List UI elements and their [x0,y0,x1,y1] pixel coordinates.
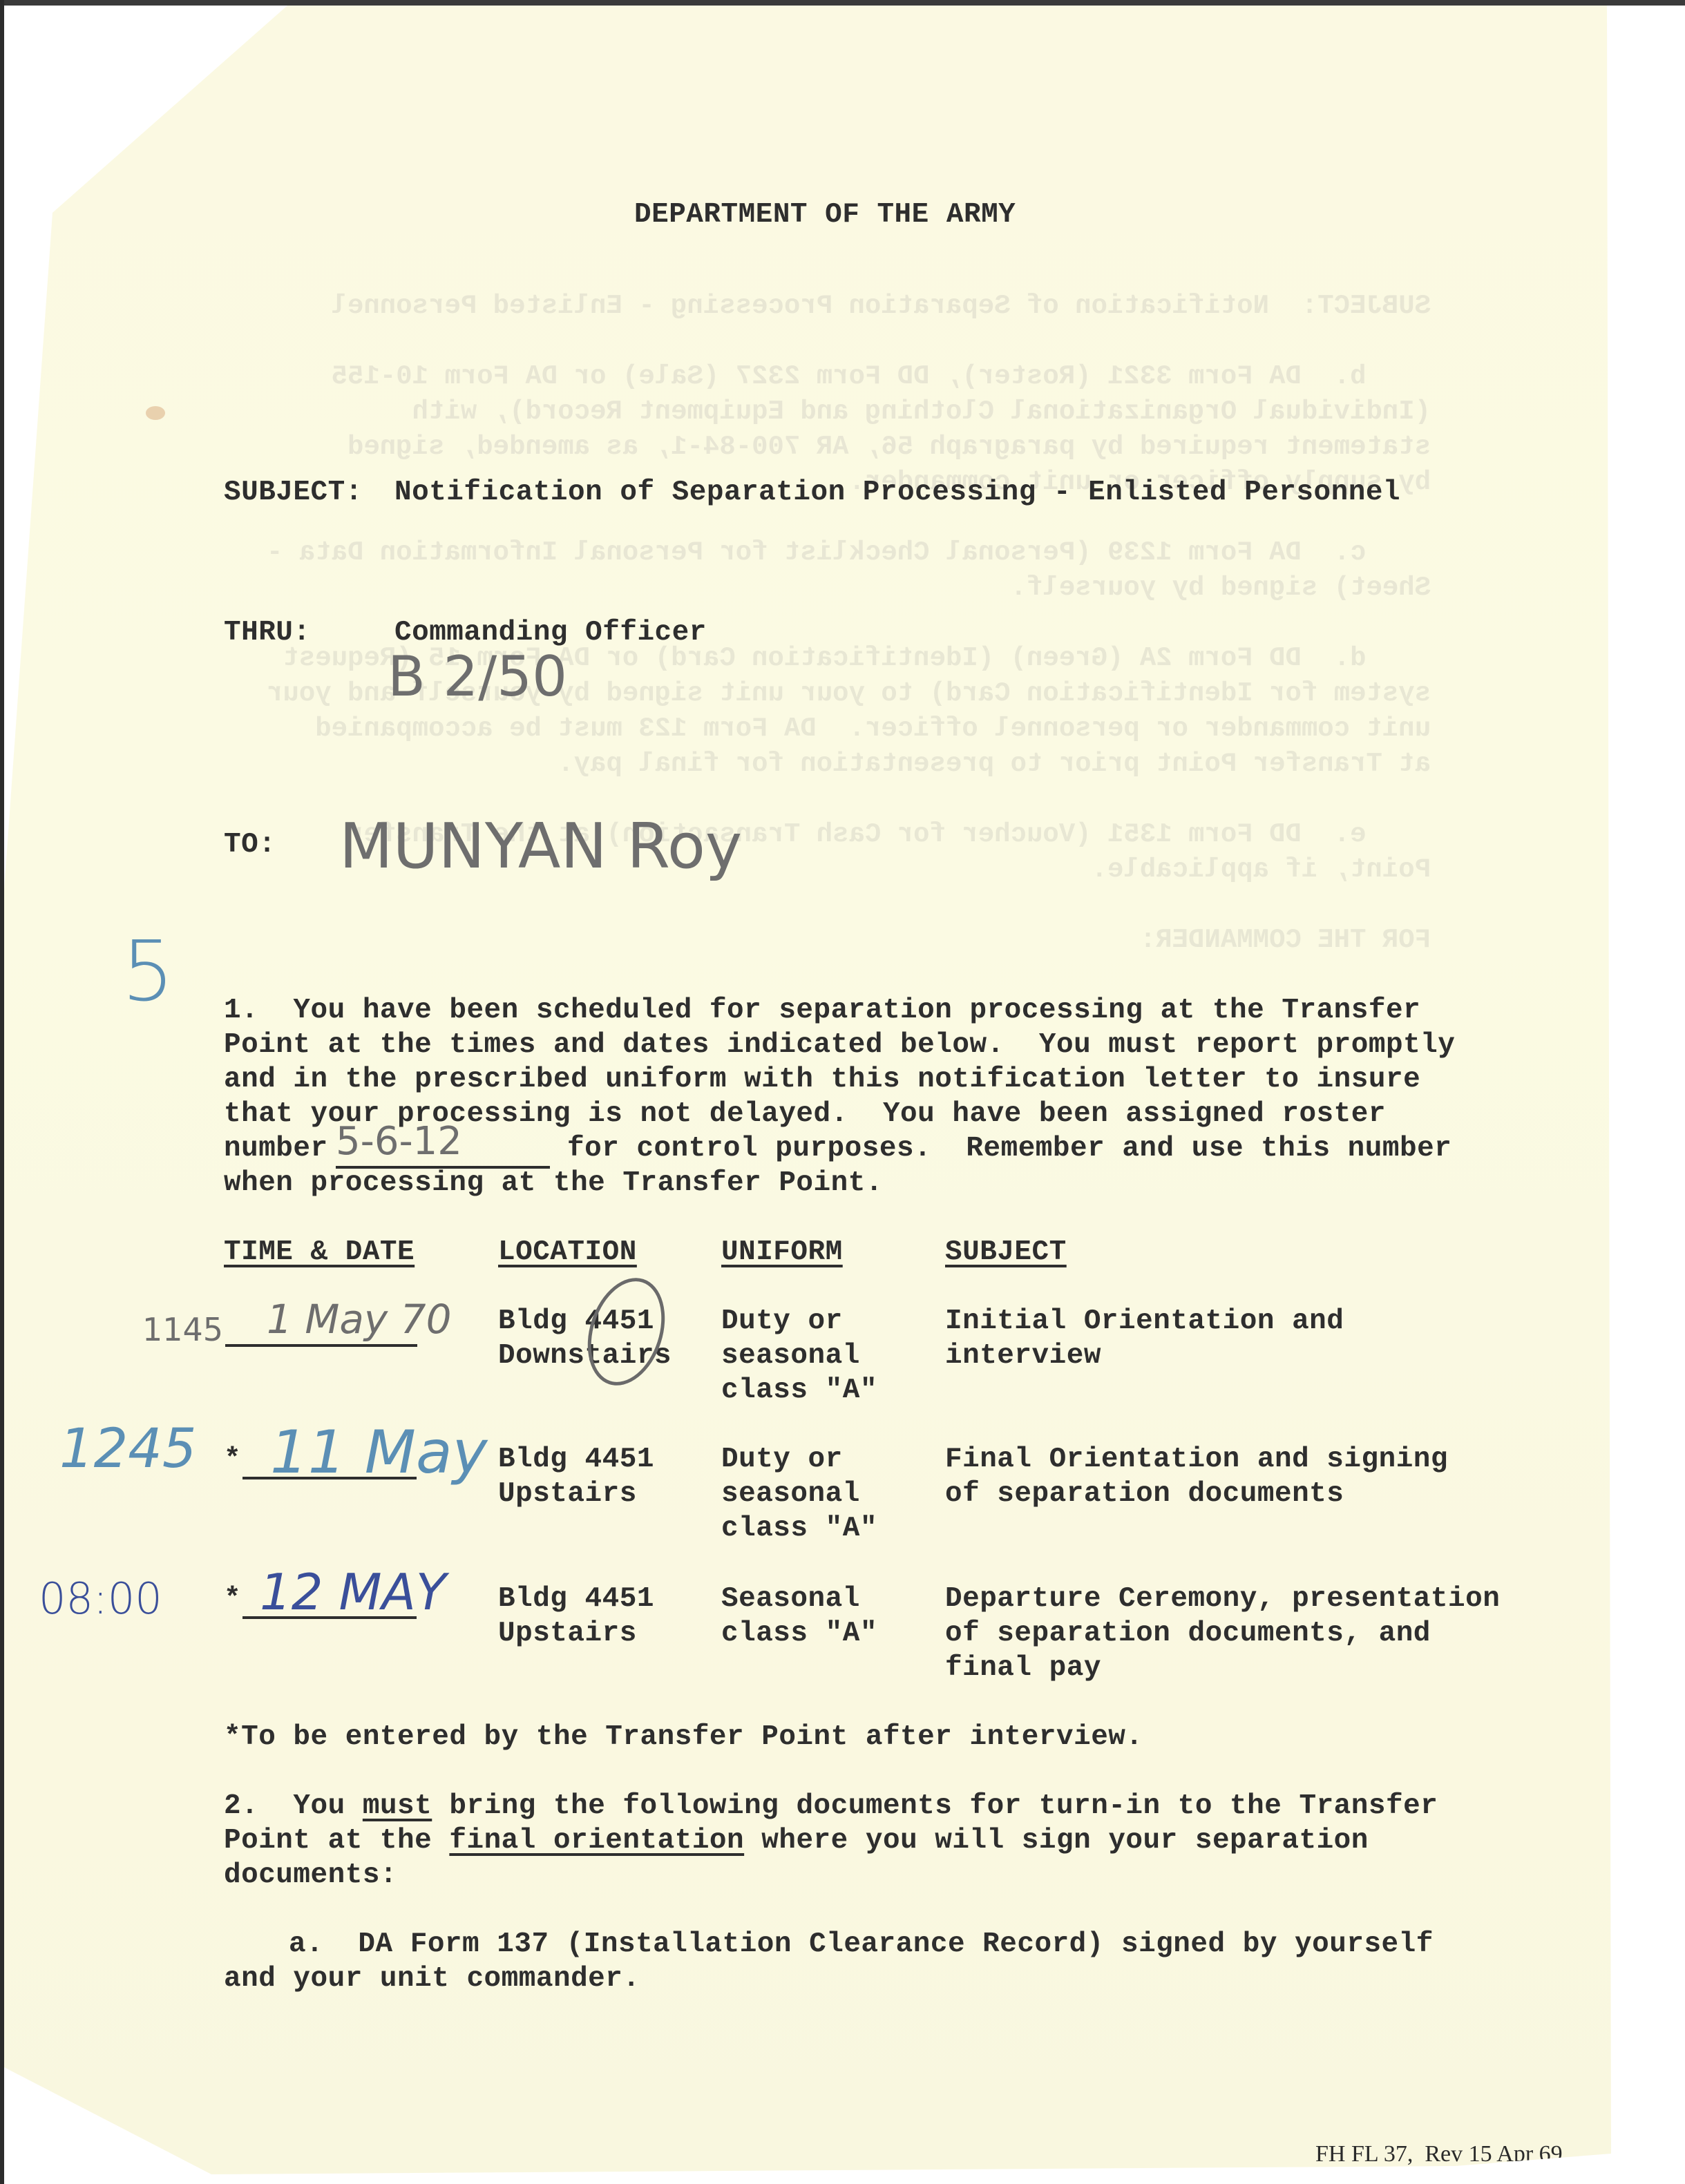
uniform-line1: Duty or [721,1304,843,1339]
handwritten-unit: B 2/50 [388,644,567,709]
schedule-footnote: *To be entered by the Transfer Point aft… [224,1720,1143,1754]
emphasis-must: must [363,1790,432,1822]
subject-line2: interview [945,1339,1101,1373]
uniform-line3: class "A" [721,1373,877,1408]
stain [11,520,19,541]
handwritten-roster-number: 5-6-12 [336,1119,462,1164]
p2-text: bring the following documents for turn-i… [432,1790,1438,1822]
stain [14,468,23,489]
to-label: TO: [224,827,276,862]
roster-suffix: for control purposes. Remember and use t… [567,1131,1451,1166]
paragraph2-line1: 2. You must bring the following document… [224,1789,1438,1823]
location-line1: Bldg 4451 [498,1582,654,1616]
subject-line3: final pay [945,1651,1101,1685]
date-asterisk: * [224,1582,241,1616]
letterhead-title: DEPARTMENT OF THE ARMY [634,198,1016,232]
roster-prefix: number [224,1131,328,1166]
paragraph1-line1: 1. You have been scheduled for separatio… [224,993,1420,1028]
location-line2: Upstairs [498,1477,637,1511]
uniform-line1: Duty or [721,1442,843,1477]
item-a-line1: a. DA Form 137 (Installation Clearance R… [289,1927,1434,1962]
document-page: SUBJECT: Notification of Separation Proc… [4,6,1614,2174]
scan-border-top [0,0,1685,6]
location-line2: Upstairs [498,1616,637,1651]
uniform-line3: class "A" [721,1511,877,1546]
handwritten-circle-mark [575,1268,678,1396]
p2-text: where you will sign your separation [744,1825,1369,1857]
subject-line1: Final Orientation and signing [945,1442,1448,1477]
uniform-line2: seasonal [721,1477,860,1511]
subject-label: SUBJECT: [224,475,363,510]
item-a-line2: and your unit commander. [224,1962,640,1996]
handwritten-date: 11 May [270,1418,488,1487]
paragraph1-line3: and in the prescribed uniform with this … [224,1062,1420,1097]
date-line [225,1344,417,1347]
handwritten-time: 1245 [59,1418,197,1480]
paragraph2-line2: Point at the final orientation where you… [224,1823,1369,1858]
uniform-line1: Seasonal [721,1582,860,1616]
handwritten-time: 08:00 [39,1573,162,1624]
header-location: LOCATION [498,1235,637,1270]
subject-line2: of separation documents, and [945,1616,1431,1651]
stain [11,620,19,641]
paragraph1-last-line: when processing at the Transfer Point. [224,1166,883,1200]
handwritten-recipient-name: MUNYAN Roy [339,810,742,883]
handwritten-time: 1145 [142,1311,223,1348]
paragraph2-line3: documents: [224,1858,397,1893]
handwritten-date: 1 May 70 [267,1296,452,1343]
form-identifier: FH FL 37, Rev 15 Apr 69 [1315,2141,1563,2167]
location-line1: Bldg 4451 [498,1442,654,1477]
uniform-line2: seasonal [721,1339,860,1373]
header-uniform: UNIFORM [721,1235,843,1270]
uniform-line2: class "A" [721,1616,877,1651]
handwritten-date: 12 MAY [260,1563,446,1621]
thru-label: THRU: [224,615,311,650]
subject-text: Notification of Separation Processing - … [394,475,1400,510]
handwritten-margin-note: 5 [122,924,174,1020]
p2-text: Point at the [224,1825,449,1857]
stain [146,406,165,420]
emphasis-final-orientation: final orientation [449,1825,744,1857]
subject-line1: Initial Orientation and [945,1304,1344,1339]
p2-text: 2. You [224,1790,363,1822]
scan-border-left [0,0,4,2184]
paragraph1-line2: Point at the times and dates indicated b… [224,1028,1455,1062]
header-time-date: TIME & DATE [224,1235,415,1270]
subject-line1: Departure Ceremony, presentation [945,1582,1500,1616]
header-subject: SUBJECT [945,1235,1067,1270]
subject-line2: of separation documents [945,1477,1344,1511]
date-asterisk: * [224,1442,241,1477]
